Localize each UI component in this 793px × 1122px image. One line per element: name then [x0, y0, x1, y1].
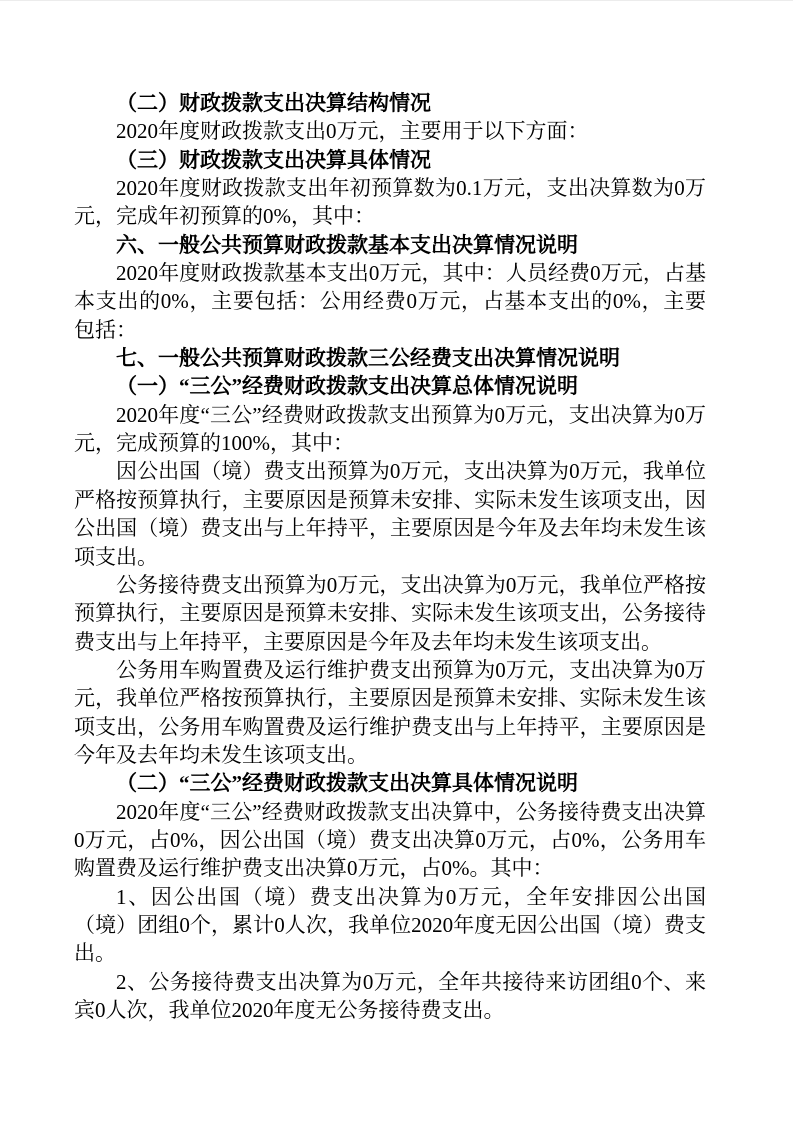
- document-paragraph: 2020年度“三公”经费财政拨款支出预算为0万元，支出决算为0万元，完成预算的1…: [74, 401, 706, 458]
- document-paragraph: 因公出国（境）费支出预算为0万元，支出决算为0万元，我单位严格按预算执行，主要原…: [74, 457, 706, 570]
- document-paragraph: 公务用车购置费及运行维护费支出预算为0万元，支出决算为0万元，我单位严格按预算执…: [74, 656, 706, 769]
- document-heading: （三）财政拨款支出决算具体情况: [74, 146, 706, 174]
- document-paragraph: 1、因公出国（境）费支出决算为0万元，全年安排因公出国（境）团组0个，累计0人次…: [74, 883, 706, 968]
- document-paragraph: 公务接待费支出预算为0万元，支出决算为0万元，我单位严格按预算执行，主要原因是预…: [74, 571, 706, 656]
- document-paragraph: 2020年度财政拨款支出0万元，主要用于以下方面：: [74, 117, 706, 145]
- document-heading: （二）“三公”经费财政拨款支出决算具体情况说明: [74, 769, 706, 797]
- document-heading: 七、一般公共预算财政拨款三公经费支出决算情况说明: [74, 344, 706, 372]
- document-paragraph: 2020年度财政拨款支出年初预算数为0.1万元，支出决算数为0万元，完成年初预算…: [74, 174, 706, 231]
- document-page: （二）财政拨款支出决算结构情况2020年度财政拨款支出0万元，主要用于以下方面：…: [0, 0, 793, 1122]
- document-heading: （一）“三公”经费财政拨款支出决算总体情况说明: [74, 372, 706, 400]
- document-paragraph: 2、公务接待费支出决算为0万元，全年共接待来访团组0个、来宾0人次，我单位202…: [74, 968, 706, 1025]
- document-body: （二）财政拨款支出决算结构情况2020年度财政拨款支出0万元，主要用于以下方面：…: [74, 89, 706, 1024]
- document-paragraph: 2020年度财政拨款基本支出0万元，其中：人员经费0万元，占基本支出的0%，主要…: [74, 259, 706, 344]
- document-paragraph: 2020年度“三公”经费财政拨款支出决算中，公务接待费支出决算0万元，占0%，因…: [74, 798, 706, 883]
- document-heading: （二）财政拨款支出决算结构情况: [74, 89, 706, 117]
- document-heading: 六、一般公共预算财政拨款基本支出决算情况说明: [74, 231, 706, 259]
